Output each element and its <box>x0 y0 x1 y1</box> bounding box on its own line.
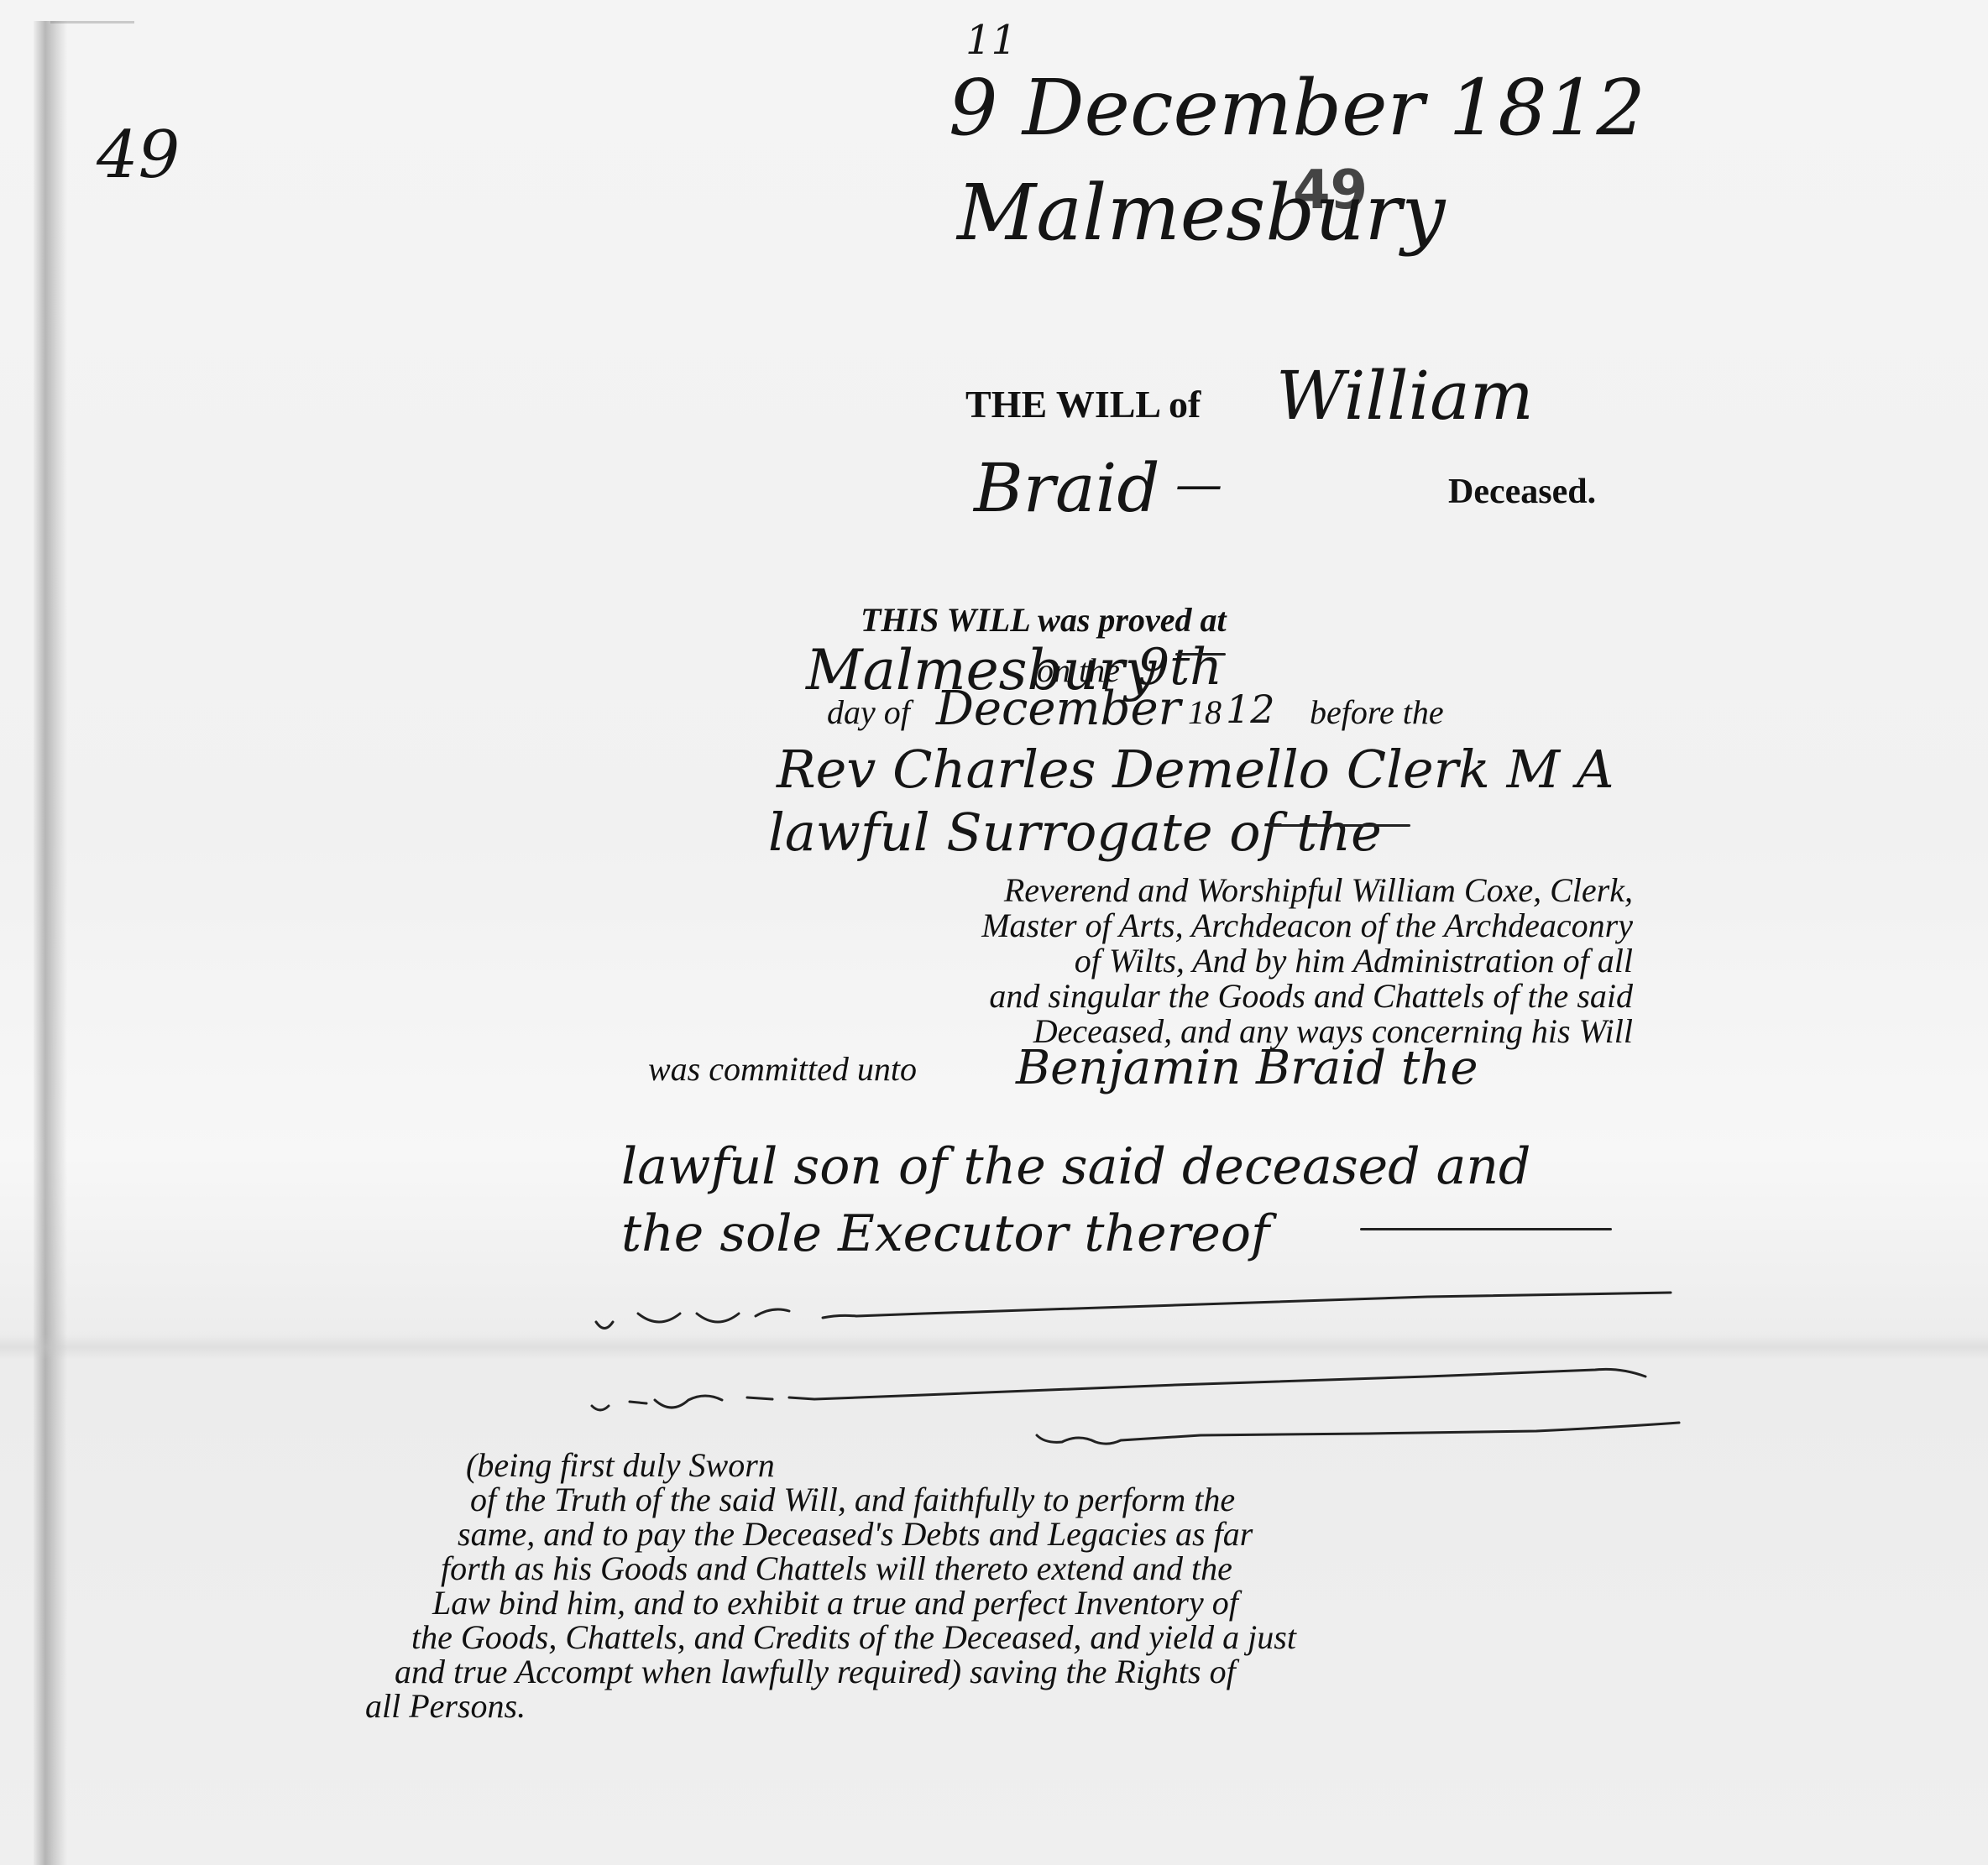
fill-line <box>1175 653 1226 656</box>
probate-executor-name: Benjamin Braid the <box>1016 1041 1478 1095</box>
probate-line1-text: THIS WILL was proved at <box>861 601 1227 639</box>
oath-line: (being first duly Sworn <box>353 1448 1645 1482</box>
oath-line: all Persons. <box>353 1689 1645 1723</box>
probate-day-of: day of <box>827 692 910 732</box>
header-date: 9 December 1812 <box>949 63 1645 153</box>
probate-month: December <box>936 682 1180 736</box>
fill-line <box>1268 824 1410 827</box>
folio-number-left: 49 <box>97 118 180 193</box>
title-testator-first-name: William <box>1276 357 1534 435</box>
probate-executor-role: the sole Executor thereof <box>621 1204 1269 1263</box>
probate-printed-body: Reverend and Worshipful William Coxe, Cl… <box>638 873 1633 1049</box>
probate-executor-relation: lawful son of the said deceased and <box>621 1137 1530 1196</box>
header-superscript-day: 11 <box>965 17 1017 64</box>
probate-printed-line: Master of Arts, Archdeacon of the Archde… <box>638 908 1633 943</box>
probate-committed-unto: was committed unto <box>648 1049 917 1089</box>
oath-line: Law bind him, and to exhibit a true and … <box>353 1586 1645 1620</box>
probate-year-suffix: 12 <box>1226 687 1275 732</box>
title-dash: — <box>1175 457 1222 512</box>
probate-printed-line: of Wilts, And by him Administration of a… <box>638 943 1633 979</box>
oath-line: the Goods, Chattels, and Credits of the … <box>353 1620 1645 1654</box>
probate-printed-line: and singular the Goods and Chattels of t… <box>638 979 1633 1014</box>
fill-line <box>1360 1228 1612 1230</box>
fill-line-wavy <box>588 1276 1679 1343</box>
document-page: 49 49 11 9 December 1812 Malmesbury THE … <box>0 0 1988 1865</box>
probate-before-the: before the <box>1310 692 1444 732</box>
probate-surrogate-name: Rev Charles Demello Clerk M A <box>777 739 1614 800</box>
paper-edge-top <box>50 21 134 24</box>
header-place: Malmesbury <box>957 168 1445 258</box>
oath-line: same, and to pay the Deceased's Debts an… <box>353 1517 1645 1551</box>
title-deceased: Deceased. <box>1448 472 1596 512</box>
probate-year-prefix: 18 <box>1188 692 1222 732</box>
oath-line: forth as his Goods and Chattels will the… <box>353 1551 1645 1586</box>
title-printed-prefix: THE WILL of <box>965 382 1201 426</box>
title-testator-surname: Braid <box>974 449 1160 527</box>
oath-line: of the Truth of the said Will, and faith… <box>353 1482 1645 1517</box>
probate-printed-line: Reverend and Worshipful William Coxe, Cl… <box>638 873 1633 908</box>
oath-line: and true Accompt when lawfully required)… <box>353 1654 1645 1689</box>
probate-surrogate-title: lawful Surrogate of the <box>768 802 1382 863</box>
probate-line1: THIS WILL was proved at <box>861 600 1227 640</box>
paper-edge-shadow <box>34 21 67 1865</box>
oath-body: (being first duly Sworn of the Truth of … <box>353 1448 1645 1723</box>
fill-line-wavy <box>588 1360 1679 1427</box>
